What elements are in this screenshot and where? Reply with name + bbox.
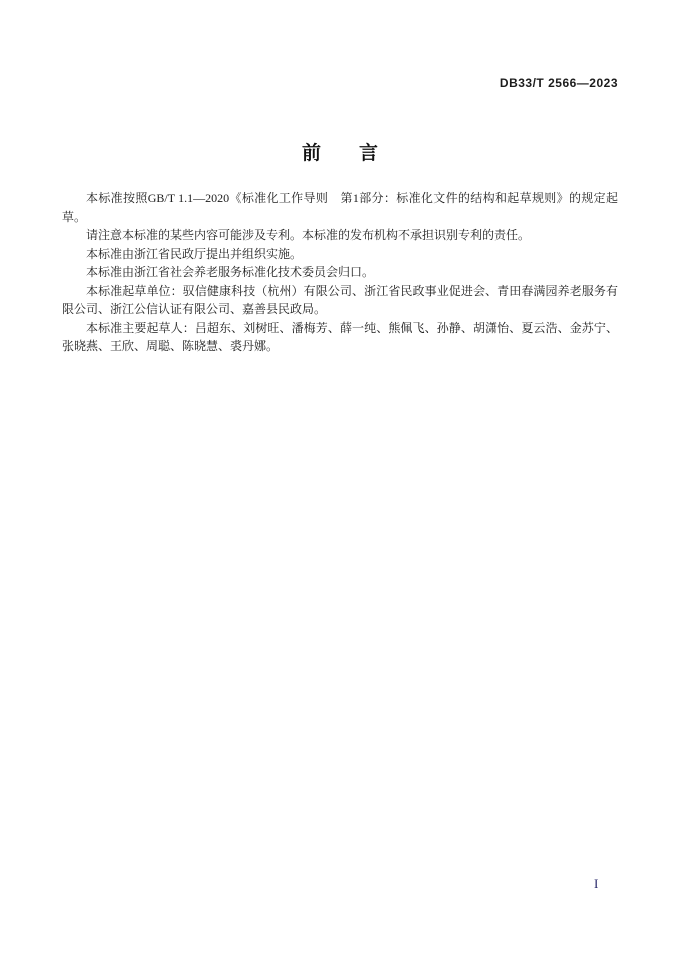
page-number: I — [594, 876, 598, 892]
foreword-paragraph-patent-notice: 请注意本标准的某些内容可能涉及专利。本标准的发布机构不承担识别专利的责任。 — [62, 226, 618, 245]
foreword-paragraph-drafting-organizations: 本标准起草单位：驭信健康科技（杭州）有限公司、浙江省民政事业促进会、青田春满园养… — [62, 282, 618, 319]
page-title: 前 言 — [0, 138, 680, 165]
foreword-body: 本标准按照GB/T 1.1—2020《标准化工作导则 第1部分：标准化文件的结构… — [62, 189, 618, 356]
foreword-paragraph-proposer: 本标准由浙江省民政厅提出并组织实施。 — [62, 245, 618, 264]
document-number: DB33/T 2566—2023 — [500, 76, 618, 90]
foreword-paragraph-main-drafters: 本标准主要起草人：吕超东、刘树旺、潘梅芳、薛一纯、熊佩飞、孙静、胡潇怡、夏云浩、… — [62, 319, 618, 356]
document-page: DB33/T 2566—2023 前 言 本标准按照GB/T 1.1—2020《… — [0, 0, 680, 954]
foreword-paragraph-drafting-basis: 本标准按照GB/T 1.1—2020《标准化工作导则 第1部分：标准化文件的结构… — [62, 189, 618, 226]
foreword-paragraph-committee: 本标准由浙江省社会养老服务标准化技术委员会归口。 — [62, 263, 618, 282]
